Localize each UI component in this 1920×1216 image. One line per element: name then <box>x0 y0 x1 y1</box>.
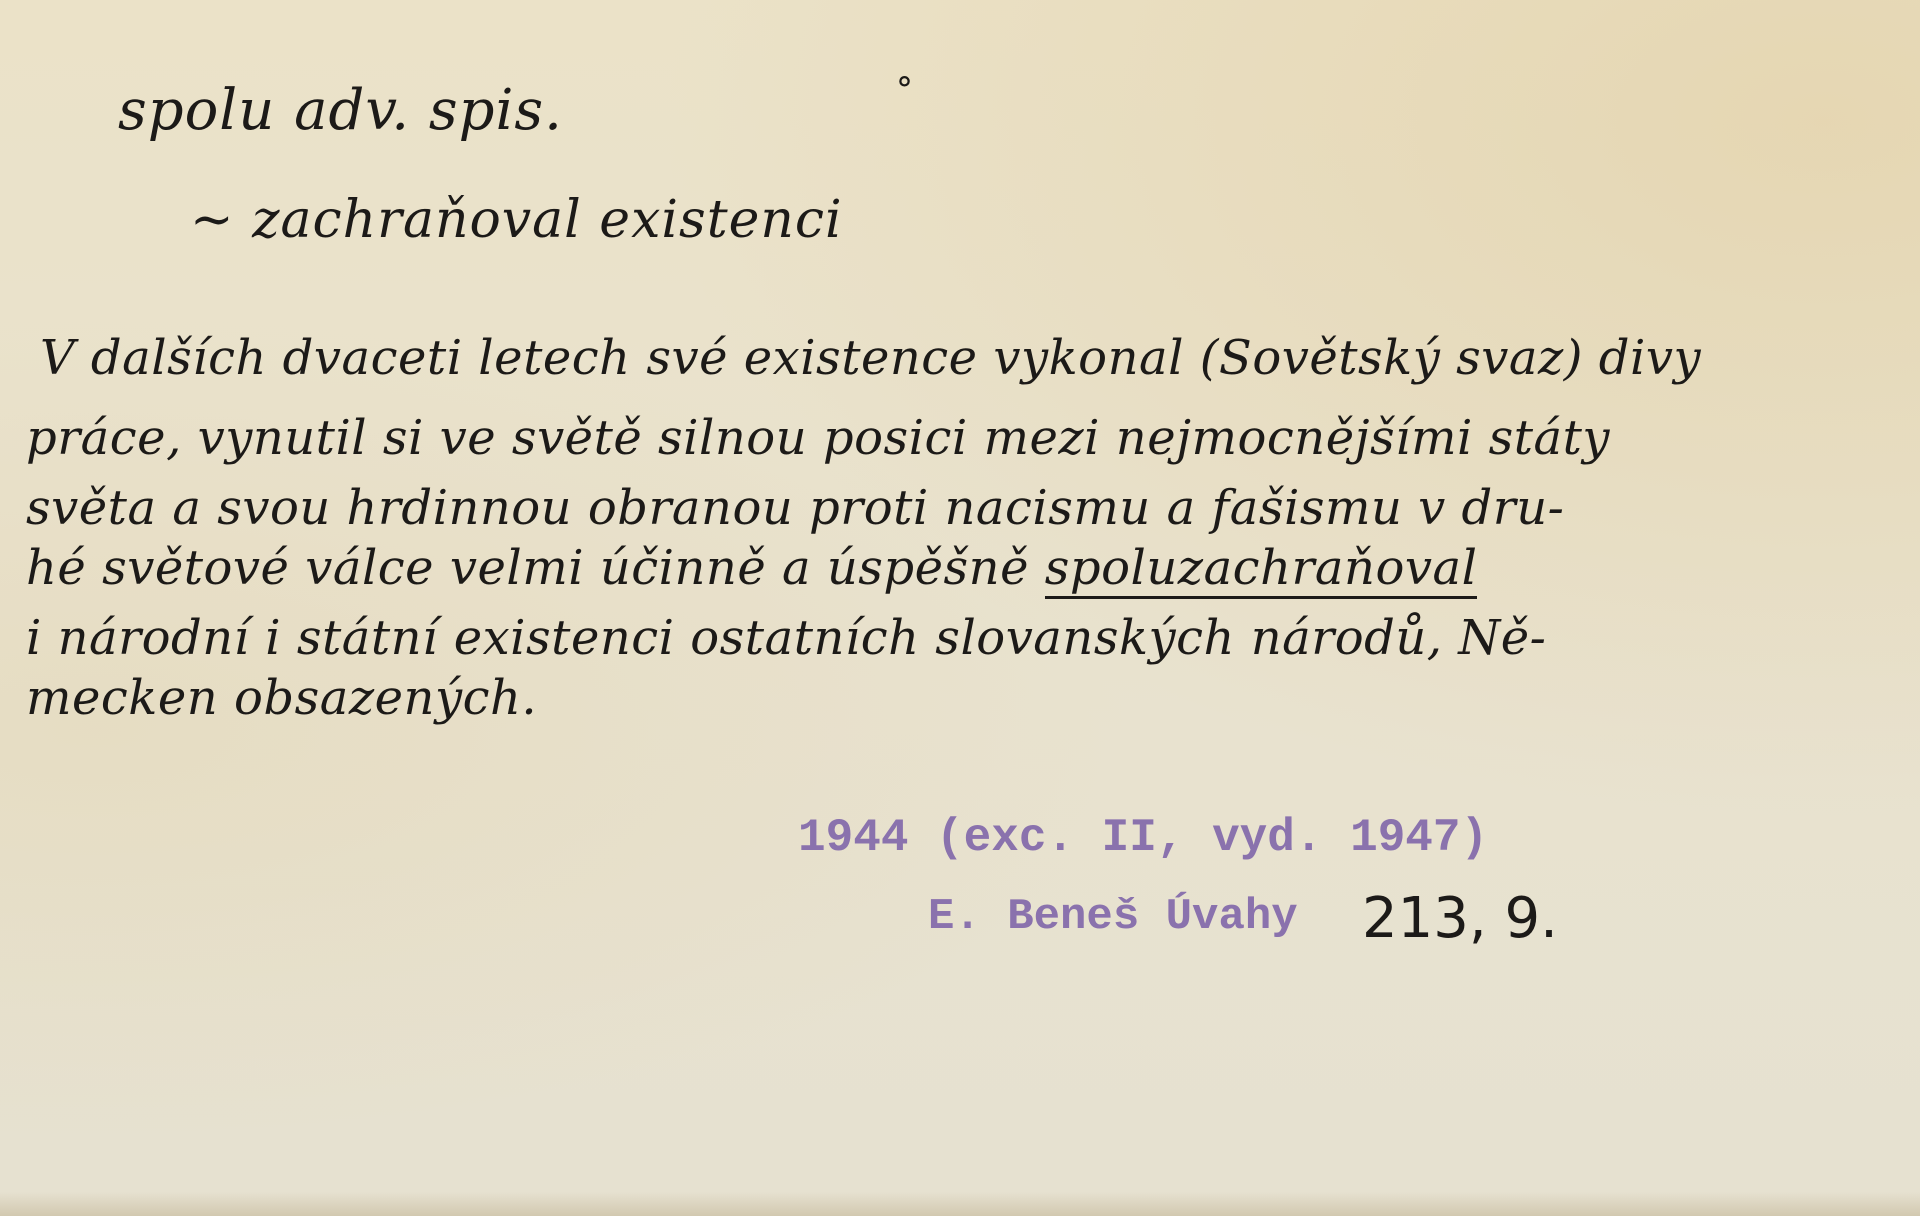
lexical-excerpt-card: spolu adv. spis. ° ~ zachraňoval existen… <box>0 0 1920 1216</box>
source-author-stamp: E. Beneš Úvahy <box>928 892 1298 942</box>
citation-text: hé světové válce velmi účinně a úspěšně <box>26 540 1045 596</box>
variant-phrase: ~ zachraňoval existenci <box>190 190 843 250</box>
citation-line: hé světové válce velmi účinně a úspěšně … <box>26 540 1477 596</box>
headword: spolu adv. spis. <box>118 78 563 143</box>
citation-line: mecken obsazených. <box>26 670 537 726</box>
citation-line: i národní i státní existenci ostatních s… <box>26 610 1546 666</box>
source-date-stamp: 1944 (exc. II, vyd. 1947) <box>798 812 1488 864</box>
scan-edge <box>0 1192 1920 1216</box>
citation-line: V dalších dvaceti letech své existence v… <box>40 330 1701 386</box>
underlined-headword-occurrence: spoluzachraňoval <box>1045 540 1478 599</box>
degree-mark: ° <box>896 70 914 110</box>
page-locator: 213, 9. <box>1362 886 1558 951</box>
citation-line: práce, vynutil si ve světě silnou posici… <box>26 410 1610 466</box>
citation-line: světa a svou hrdinnou obranou proti naci… <box>26 480 1564 536</box>
